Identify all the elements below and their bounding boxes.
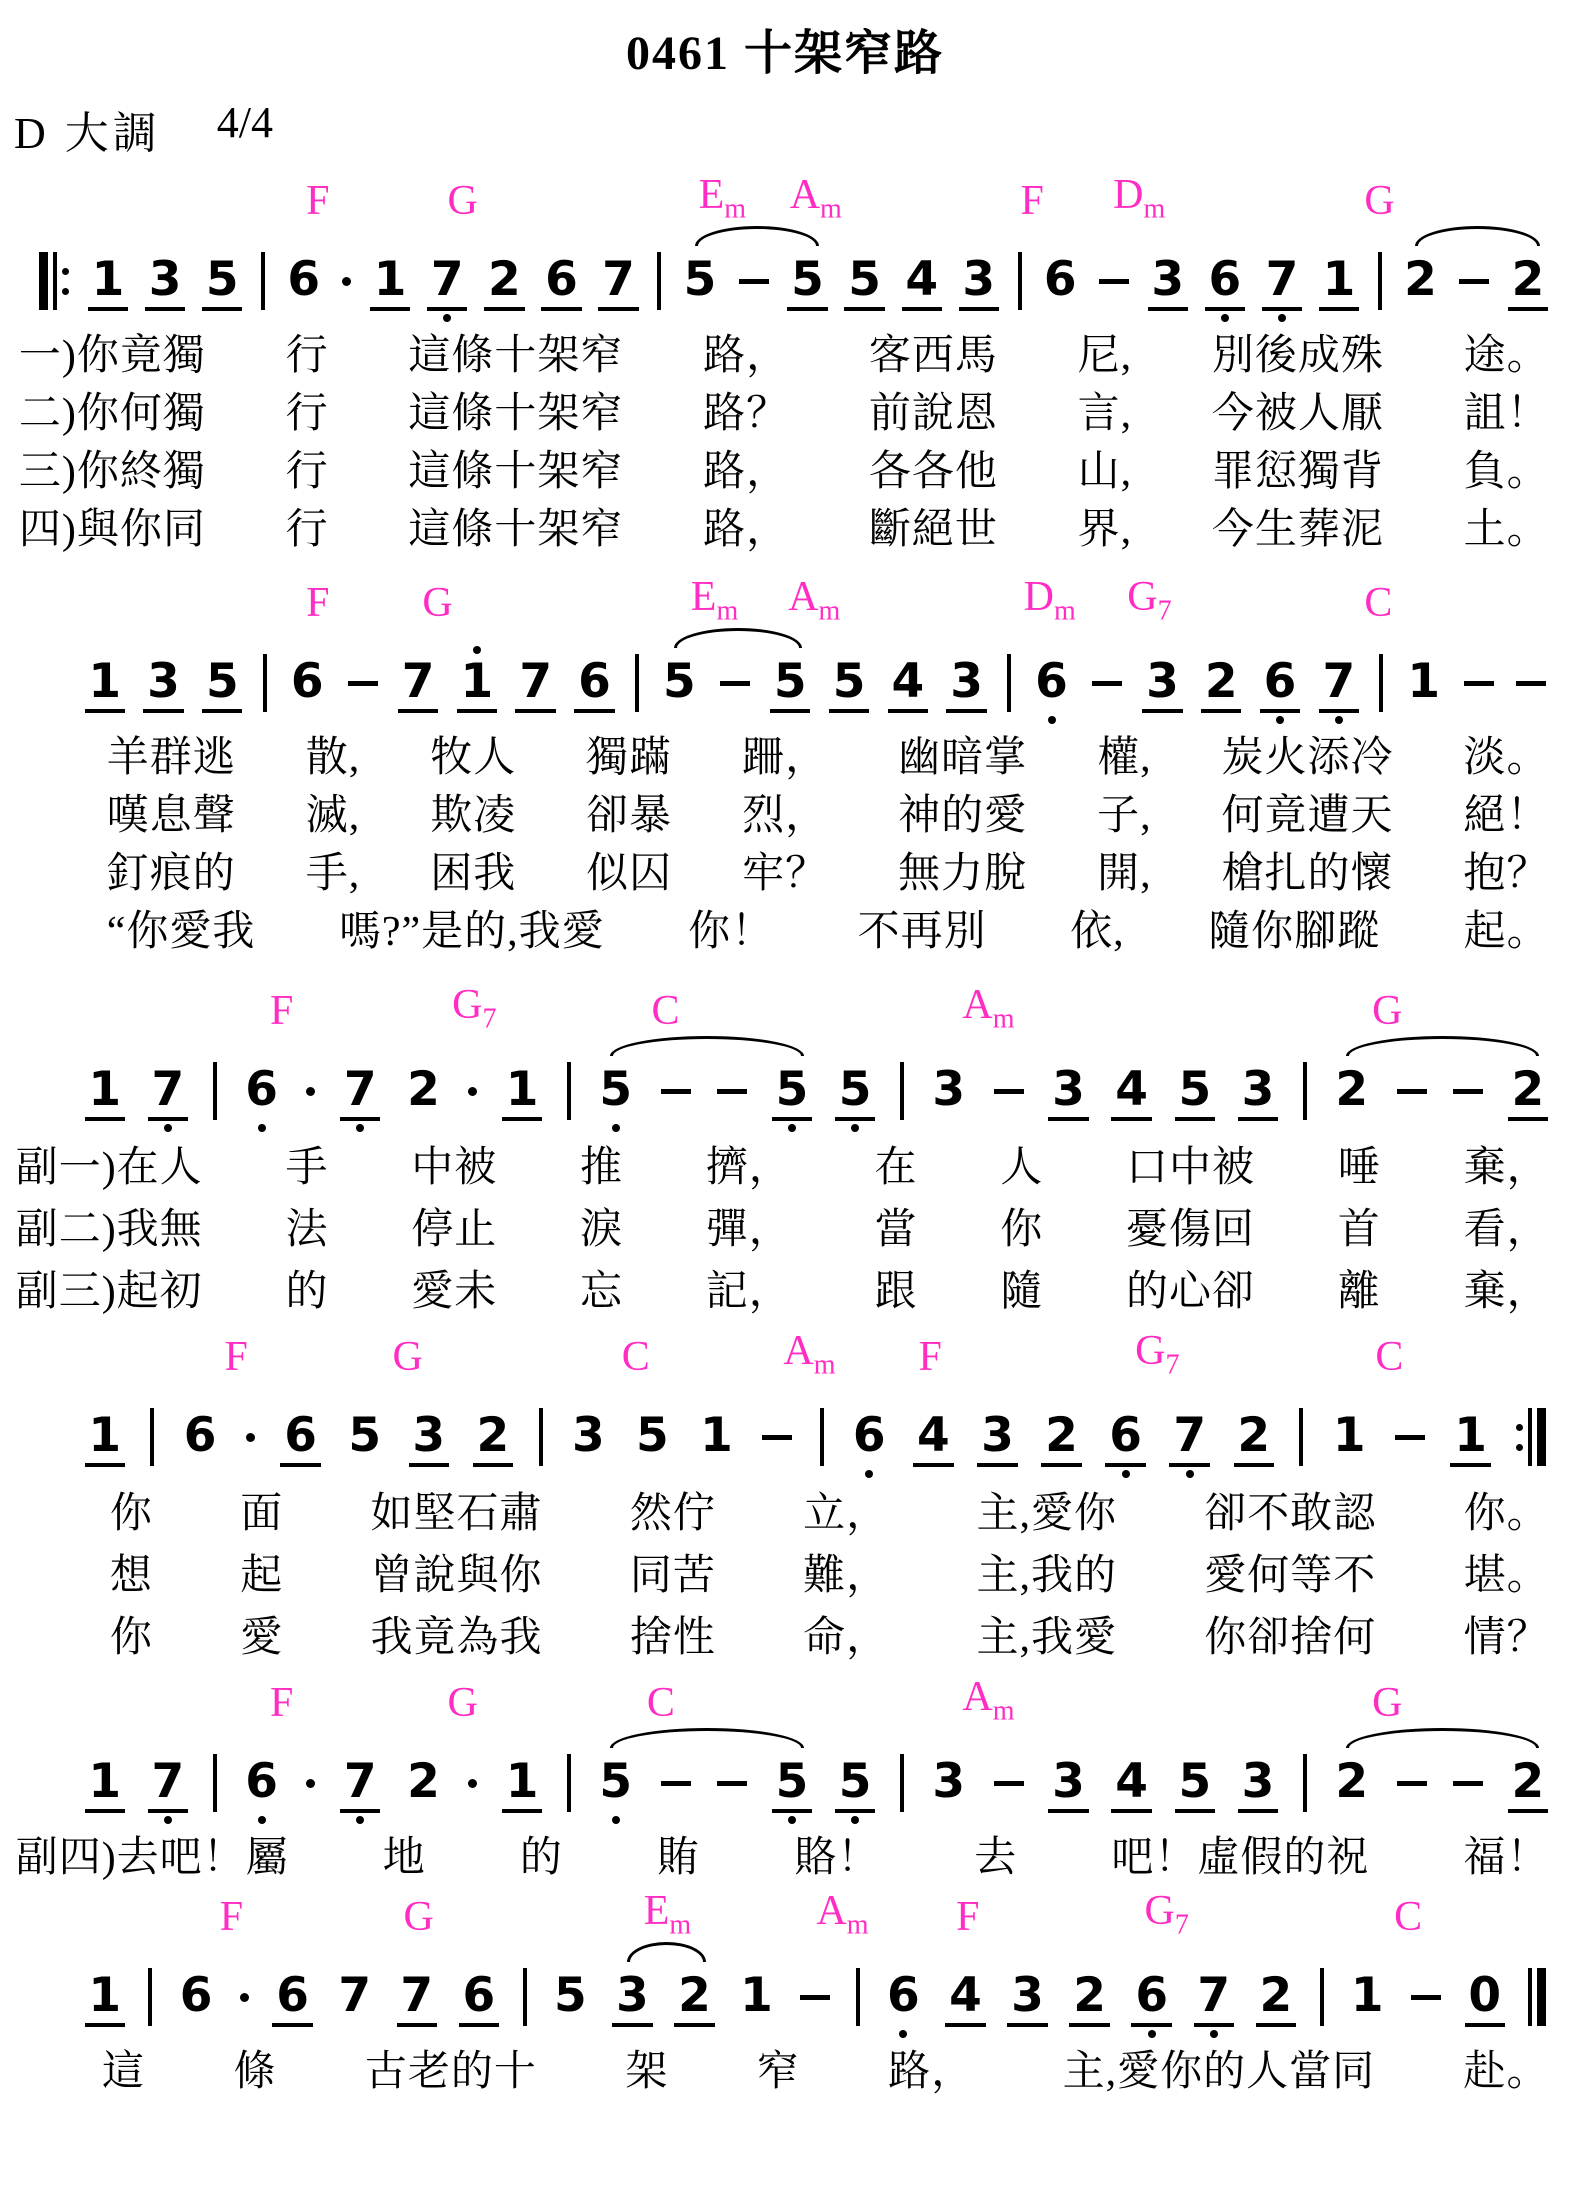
eighth-underline	[1069, 2023, 1109, 2027]
note: 4	[1113, 1743, 1150, 1826]
note: 6	[576, 643, 613, 726]
note: 7	[398, 1957, 435, 2040]
chord-row: FGEmAmFG7C	[0, 1893, 1570, 1941]
barline-stroke	[1378, 252, 1382, 310]
lyric-segment: 愛	[240, 1607, 283, 1669]
chord-label: G	[1372, 1679, 1402, 1727]
note: 3	[1144, 643, 1181, 726]
note: 1	[738, 1957, 775, 2040]
chord-root: A	[788, 574, 818, 620]
augmentation-dot	[468, 1051, 477, 1137]
lyric-segment: 手	[285, 1137, 328, 1199]
lyric-segment: 愛未	[411, 1261, 497, 1323]
note-number: 1	[1321, 254, 1358, 305]
chord-label: F	[270, 1679, 293, 1727]
note-number: 3	[1009, 1970, 1046, 2021]
lyric-segment: 這	[102, 2043, 145, 2101]
chord-label: C	[622, 1333, 650, 1381]
chord-label: G	[403, 1893, 433, 1941]
lyric-segment: 忘	[580, 1261, 623, 1323]
note: 5	[634, 1397, 671, 1480]
eighth-underline	[370, 307, 410, 311]
chord-label: G	[1372, 987, 1402, 1035]
duration-dash	[1395, 1397, 1425, 1483]
note-number: 6	[178, 1970, 215, 2021]
note-number: 5	[204, 656, 241, 707]
lyric-segment: 唾	[1338, 1137, 1381, 1199]
note: 1	[86, 1743, 123, 1826]
chord-root: G	[1135, 1328, 1165, 1374]
note-number: 7	[429, 254, 466, 305]
chord-label: G7	[1127, 573, 1171, 627]
chord-root: A	[790, 172, 820, 218]
note-number: 1	[86, 1970, 123, 2021]
barline	[539, 1397, 543, 1483]
chord-label: C	[647, 1679, 675, 1727]
note: 6	[851, 1397, 888, 1480]
lyric-line: 副三)起初的愛未忘記，跟隨的心卻離棄，	[0, 1261, 1570, 1323]
note-number: 6	[285, 254, 322, 305]
note-number: 3	[570, 1410, 607, 1461]
chord-label: C	[1364, 579, 1392, 627]
barline-stroke	[635, 654, 639, 712]
eighth-underline	[1256, 2023, 1296, 2027]
lyric-segment: 情？	[1464, 1607, 1550, 1669]
chord-suffix: m	[993, 1695, 1015, 1726]
dash-stroke	[800, 1995, 830, 2000]
eighth-underline	[143, 709, 183, 713]
note-number: 1	[698, 1410, 735, 1461]
lyric-segment: 副三)起初	[16, 1261, 203, 1323]
chord-suffix: m	[716, 595, 738, 626]
lyric-segment: 棄，	[1464, 1137, 1550, 1199]
note: 7	[600, 241, 637, 324]
note-number: 3	[960, 254, 997, 305]
eighth-underline	[202, 307, 242, 311]
note-number: 1	[372, 254, 409, 305]
lyric-segment: 子,	[1097, 787, 1152, 845]
note-number: 6	[243, 1064, 280, 1115]
chord-root: F	[918, 1334, 941, 1380]
chord-label: F	[270, 987, 293, 1035]
duration-dash	[1516, 643, 1546, 729]
lyric-segment: 賂！	[794, 1829, 880, 1887]
lyric-line: 這條古老的十架窄路，主,愛你的人當同赴。	[0, 2043, 1570, 2101]
lyric-segment: 法	[285, 1199, 328, 1261]
chord-root: G	[1372, 1680, 1402, 1726]
chord-root: F	[220, 1894, 243, 1940]
lyric-line: 嘆息聲滅,欺凌卻暴烈，神的愛子,何竟遭天絕！	[0, 787, 1570, 845]
note: 0	[1466, 1957, 1503, 2040]
dot-shape	[246, 1433, 255, 1442]
note: 5	[204, 643, 241, 726]
barline-stroke	[150, 1408, 154, 1466]
lyric-segment: 無力脫	[898, 845, 1027, 903]
lyric-segment: “你愛我	[107, 903, 256, 961]
chord-root: F	[306, 178, 329, 224]
lyric-segment: 斷絕世	[869, 501, 998, 559]
note-number: 7	[1264, 254, 1301, 305]
eighth-underline	[409, 1463, 449, 1467]
note: 1	[1349, 1957, 1386, 2040]
note-number: 3	[147, 254, 184, 305]
barline-stroke	[1303, 1754, 1307, 1812]
chord-root: F	[225, 1334, 248, 1380]
lyric-segment: 行	[286, 385, 329, 443]
chord-label: F	[225, 1333, 248, 1381]
chord-root: G	[393, 1334, 423, 1380]
note: 2	[1203, 643, 1240, 726]
note-number: 5	[837, 1064, 874, 1115]
lyric-segment: 土。	[1464, 501, 1550, 559]
duration-dash	[1397, 1743, 1427, 1829]
note-number: 7	[1320, 656, 1357, 707]
barline-stroke	[523, 1968, 527, 2026]
lyric-segment: 主,愛你的人當同	[1063, 2043, 1376, 2101]
melody-line: 135617267555436367122	[0, 225, 1570, 327]
note: 3	[1240, 1051, 1277, 1134]
duration-dash	[661, 1743, 691, 1829]
lyric-segment: 起。	[1464, 903, 1550, 961]
barline-stroke	[1018, 252, 1022, 310]
lyric-segment: 彈，	[706, 1199, 792, 1261]
lyric-line: 四)與你同行這條十架窄路，斷絕世界,今生葬泥土。	[0, 501, 1570, 559]
eighth-underline	[541, 307, 581, 311]
note-number: 2	[1509, 1756, 1546, 1807]
dash-stroke	[994, 1781, 1024, 1786]
lyric-segment: 憂傷回	[1126, 1199, 1255, 1261]
note-number: 5	[831, 656, 868, 707]
repeat-dots	[1516, 1410, 1523, 1464]
duration-dash	[348, 643, 378, 729]
barline	[148, 1957, 152, 2043]
chord-root: C	[622, 1334, 650, 1380]
octave-dot-below	[1221, 314, 1229, 322]
augmentation-dot	[468, 1743, 477, 1829]
octave-dot-below	[1210, 2030, 1218, 2038]
note-number: 6	[274, 1970, 311, 2021]
note: 5	[346, 1397, 383, 1480]
dot-shape	[468, 1087, 477, 1096]
note: 4	[1113, 1051, 1150, 1134]
augmentation-dot	[342, 241, 351, 327]
note: 6	[1042, 241, 1079, 324]
chord-label: Em	[644, 1887, 691, 1941]
duration-dash	[739, 241, 769, 327]
lyric-segment: 淚	[580, 1199, 623, 1261]
note-number: 5	[772, 656, 809, 707]
octave-dot-below	[258, 1816, 266, 1824]
lyric-segment: 你	[110, 1483, 153, 1545]
note: 6	[1033, 643, 1070, 726]
note: 5	[774, 1051, 811, 1134]
chord-root: G	[1145, 1888, 1175, 1934]
note-number: 6	[1262, 656, 1299, 707]
dash-stroke	[1092, 681, 1122, 686]
lyric-segment: 主,我愛	[976, 1607, 1117, 1669]
lyric-segment: 二)你何獨	[19, 385, 206, 443]
chord-label: G	[447, 1679, 477, 1727]
chord-suffix: m	[814, 1349, 836, 1380]
note: 2	[486, 241, 523, 324]
note: 1	[459, 643, 496, 726]
lyric-segment: 去	[974, 1829, 1017, 1887]
chord-root: A	[816, 1888, 846, 1934]
note: 6	[182, 1397, 219, 1480]
note: 1	[1405, 643, 1442, 726]
note-number: 5	[597, 1064, 634, 1115]
chord-suffix: m	[1054, 595, 1076, 626]
octave-dot-below	[1276, 716, 1284, 724]
chord-label: G7	[1145, 1887, 1189, 1941]
note: 6	[243, 1051, 280, 1134]
duration-dash	[1464, 643, 1494, 729]
lyric-segment: 人	[1000, 1137, 1043, 1199]
note-number: 7	[342, 1756, 379, 1807]
chord-suffix: m	[818, 595, 840, 626]
note-number: 2	[1333, 1756, 1370, 1807]
note-number: 7	[336, 1970, 373, 2021]
note-number: 1	[1452, 1410, 1489, 1461]
note-number: 2	[1043, 1410, 1080, 1461]
chord-label: Am	[816, 1887, 868, 1941]
time-signature: 4/4	[217, 97, 273, 161]
lyric-segment: 中被	[411, 1137, 497, 1199]
duration-dash	[994, 1051, 1024, 1137]
note-number: 7	[517, 656, 554, 707]
lyric-segment: 隨	[1000, 1261, 1043, 1323]
score: FGEmAmFDmG135617267555436367122一)你竟獨行這條十…	[0, 177, 1570, 2101]
note: 7	[1320, 643, 1357, 726]
note: 6	[274, 1957, 311, 2040]
note-number: 5	[774, 1756, 811, 1807]
note: 6	[243, 1743, 280, 1826]
dash-stroke	[717, 1089, 747, 1094]
chord-label: G7	[452, 981, 496, 1035]
lyric-segment: 嗎?”是的,我愛	[339, 903, 605, 961]
barline-stroke	[1379, 654, 1383, 712]
barline-stroke	[1303, 1062, 1307, 1120]
note-number: 6	[885, 1970, 922, 2021]
barline	[1299, 1397, 1303, 1483]
lyric-segment: 負。	[1464, 443, 1550, 501]
lyric-segment: 曾說與你	[371, 1545, 543, 1607]
note: 7	[1195, 1957, 1232, 2040]
duration-dash	[1092, 643, 1122, 729]
note: 7	[1171, 1397, 1208, 1480]
lyric-segment: 我竟為我	[371, 1607, 543, 1669]
lyric-segment: 起	[240, 1545, 283, 1607]
note-number: 3	[410, 1410, 447, 1461]
note-number: 6	[289, 656, 326, 707]
eighth-underline	[1175, 1809, 1215, 1813]
lyric-segment: 尼,	[1078, 327, 1133, 385]
barline-stroke	[1299, 1408, 1303, 1466]
lyric-line: 副二)我無法停止淚彈，當你憂傷回首看，	[0, 1199, 1570, 1261]
chord-root: F	[306, 580, 329, 626]
eighth-underline	[272, 2023, 312, 2027]
chord-root: D	[1113, 172, 1143, 218]
lyric-segment: 當	[875, 1199, 918, 1261]
octave-dot-below	[164, 1816, 172, 1824]
note: 3	[410, 1397, 447, 1480]
lyric-segment: 副二)我無	[16, 1199, 203, 1261]
lyric-segment: 架	[625, 2043, 668, 2101]
note-number: 3	[1240, 1756, 1277, 1807]
note-number: 1	[738, 1970, 775, 2021]
lyric-segment: 開,	[1097, 845, 1152, 903]
chord-root: E	[699, 172, 725, 218]
duration-dash	[661, 1051, 691, 1137]
barline-stroke	[900, 1062, 904, 1120]
chord-suffix: m	[724, 193, 746, 224]
lyric-segment: 今被人厭	[1212, 385, 1384, 443]
note: 6	[282, 1397, 319, 1480]
dot-shape	[306, 1087, 315, 1096]
note-number: 2	[405, 1756, 442, 1807]
chord-root: D	[1024, 574, 1054, 620]
system-3: FG7CAmG1767215553345322副一)在人手中被推擠，在人口中被唾…	[0, 987, 1570, 1323]
eighth-underline	[946, 709, 986, 713]
note-number: 6	[1133, 1970, 1170, 2021]
note: 4	[889, 643, 926, 726]
lyric-segment: 炭火添冷	[1222, 729, 1394, 787]
eighth-underline	[902, 307, 942, 311]
barline-stroke	[263, 654, 267, 712]
octave-dot-below	[1186, 1470, 1194, 1478]
note-number: 6	[1042, 254, 1079, 305]
chord-label: G	[393, 1333, 423, 1381]
eighth-underline	[457, 709, 497, 713]
note-number: 4	[947, 1970, 984, 2021]
note: 3	[1149, 241, 1186, 324]
note: 2	[1235, 1397, 1272, 1480]
system-2: FGEmAmDmG7C1356717655543632671羊群逃散,牧人獨蹣跚…	[0, 579, 1570, 961]
note-number: 5	[774, 1064, 811, 1115]
lyric-segment: 隨你腳蹤	[1208, 903, 1380, 961]
chord-suffix: m	[669, 1909, 691, 1940]
eighth-underline	[1048, 1809, 1088, 1813]
dash-stroke	[720, 681, 750, 686]
eighth-underline	[473, 1463, 513, 1467]
barline	[1007, 643, 1011, 729]
barline	[1018, 241, 1022, 327]
note: 3	[930, 1051, 967, 1134]
chord-suffix: 7	[1175, 1909, 1189, 1940]
lyric-segment: 立，	[803, 1483, 889, 1545]
eighth-underline	[959, 307, 999, 311]
chord-label: Em	[699, 171, 746, 225]
note-number: 5	[661, 656, 698, 707]
lyric-segment: 吧！虛假的祝	[1111, 1829, 1369, 1887]
lyric-segment: 言,	[1078, 385, 1133, 443]
note-number: 3	[1144, 656, 1181, 707]
note-number: 7	[342, 1064, 379, 1115]
system-5: FGCAmG1767215553345322副四)去吧！屬地的賄賂！去吧！虛假的…	[0, 1679, 1570, 1887]
note: 2	[1043, 1397, 1080, 1480]
chord-suffix: 7	[1165, 1349, 1179, 1380]
eighth-underline	[85, 1809, 125, 1813]
note-number: 5	[634, 1410, 671, 1461]
barline-stroke	[1320, 1968, 1324, 2026]
note-number: 6	[182, 1410, 219, 1461]
note-number: 5	[1176, 1064, 1213, 1115]
dash-stroke	[1395, 1435, 1425, 1440]
duration-dash	[800, 1957, 830, 2043]
lyric-segment: 愛何等不	[1204, 1545, 1376, 1607]
begin-repeat-sign	[39, 241, 69, 327]
note-number: 2	[405, 1064, 442, 1115]
eighth-underline	[502, 1809, 542, 1813]
barline-stroke	[213, 1754, 217, 1812]
lyric-segment: 堪。	[1464, 1545, 1550, 1607]
dash-stroke	[1516, 681, 1546, 686]
note: 3	[930, 1743, 967, 1826]
dot-shape	[240, 1993, 249, 2002]
lyric-segment: 棄，	[1464, 1261, 1550, 1323]
lyric-segment: 條	[233, 2043, 276, 2101]
note: 7	[517, 643, 554, 726]
lyric-segment: 主,愛你	[976, 1483, 1117, 1545]
lyric-segment: 客西馬	[869, 327, 998, 385]
duration-dash	[762, 1397, 792, 1483]
lyric-segment: 副一)在人	[16, 1137, 203, 1199]
octave-dot-below	[356, 1816, 364, 1824]
lyric-segment: 一)你竟獨	[19, 327, 206, 385]
octave-dot-below	[788, 1816, 796, 1824]
barline-stroke	[567, 1062, 571, 1120]
system-6: FGEmAmFG7C1667765321643267210這條古老的十架窄路，主…	[0, 1893, 1570, 2101]
note-number: 7	[1171, 1410, 1208, 1461]
eighth-underline	[574, 709, 614, 713]
barline-stroke	[820, 1408, 824, 1466]
lyric-segment: 的	[520, 1829, 563, 1887]
chord-root: G	[1127, 574, 1157, 620]
note-number: 1	[86, 1756, 123, 1807]
note-number: 1	[86, 656, 123, 707]
eighth-underline	[1111, 1117, 1151, 1121]
eighth-underline	[85, 1463, 125, 1467]
eighth-underline	[459, 2023, 499, 2027]
chord-root: F	[956, 1894, 979, 1940]
note: 7	[1264, 241, 1301, 324]
lyric-segment: 抱？	[1464, 845, 1550, 903]
note: 3	[979, 1397, 1016, 1480]
note: 2	[676, 1957, 713, 2040]
chord-root: A	[962, 982, 992, 1028]
note: 6	[885, 1957, 922, 2040]
note: 3	[1050, 1743, 1087, 1826]
note: 3	[147, 241, 184, 324]
lyric-segment: 行	[286, 443, 329, 501]
note: 5	[597, 1051, 634, 1134]
slur-arc	[627, 1942, 706, 1962]
lyric-segment: 釘痕的	[107, 845, 236, 903]
eighth-underline	[1234, 1463, 1274, 1467]
melody-line: 1356717655543632671	[0, 627, 1570, 729]
note-number: 1	[1349, 1970, 1386, 2021]
lyric-segment: 前說恩	[869, 385, 998, 443]
note: 5	[774, 1743, 811, 1826]
eighth-underline	[1319, 307, 1359, 311]
barline-stroke	[567, 1754, 571, 1812]
eighth-underline	[1508, 1809, 1548, 1813]
note: 7	[336, 1957, 373, 2040]
note-number: 2	[1509, 1064, 1546, 1115]
eighth-underline	[612, 2023, 652, 2027]
octave-dot-below	[164, 1124, 172, 1132]
chord-suffix: m	[1143, 193, 1165, 224]
